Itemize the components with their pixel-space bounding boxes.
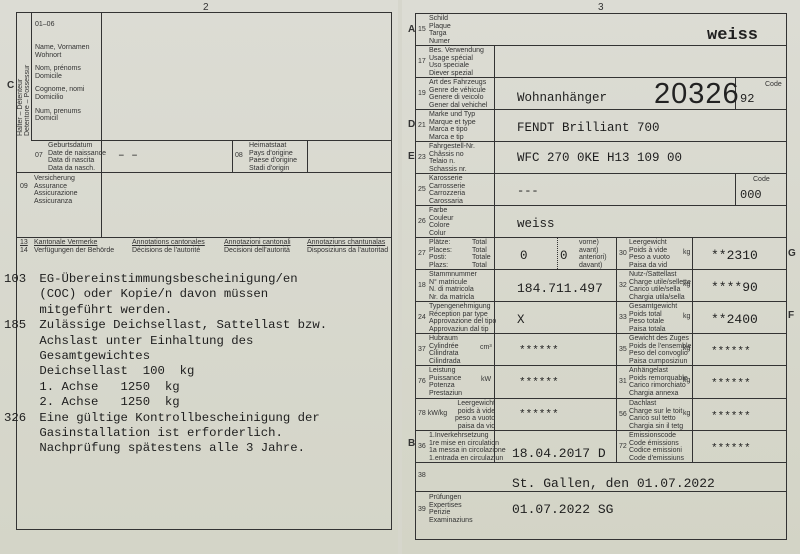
plate-number: 15 (418, 26, 426, 33)
side-mark-e: E (408, 151, 415, 162)
chassis-value: WFC 270 0KE H13 109 00 (517, 151, 682, 165)
registry-value: 184.711.497 (517, 281, 603, 296)
note-code: 103 (4, 272, 32, 287)
plate-value: weiss (707, 26, 758, 45)
power-labels: LeistungPuissance PotenzaPrestaziun (429, 367, 462, 397)
left-page: 2 C Halter – Détenteur Detentore – Posse… (0, 0, 398, 554)
page-number: 3 (598, 2, 604, 13)
weight-field-number: 35 (619, 346, 627, 353)
weight-field-labels: GesamtgewichtPoids totalPeso totalePaisa… (629, 303, 677, 333)
side-mark-g: G (788, 248, 796, 259)
seats-number: 27 (418, 250, 426, 257)
color-labels: FarbeCouleur ColoreColur (429, 207, 454, 237)
weight-value: ****90 (711, 280, 758, 295)
note-text: EG-Übereinstimmungsbescheinigung/en (32, 272, 298, 286)
vehicle-type-labels: Art des FahrzeugsGenre de véhicule Gener… (429, 79, 487, 109)
weight-field-number: 56 (619, 411, 627, 418)
weight-unit: kg (683, 410, 690, 417)
displacement-value: ****** (519, 345, 559, 357)
chassis-number: 23 (418, 154, 426, 161)
type-approval-labels: TypengenehmigungRéception par type Appro… (429, 303, 496, 333)
body-code-label: Code (753, 176, 770, 184)
note-line: 326 Eine gültige Kontrollbescheinigung d… (4, 411, 327, 426)
weight-field-number: 30 (619, 250, 627, 257)
note-text: Achslast unter Einhaltung des (32, 334, 253, 348)
weight-field-labels: DachlastCharge sur le toitCarico sul tet… (629, 400, 683, 430)
make-model-labels: Marke und TypMarque et type Marca e tipo… (429, 111, 476, 141)
displacement-unit: cm³ (480, 344, 492, 351)
type-approval-number: 24 (418, 314, 426, 321)
weight-unit: kg (683, 377, 690, 384)
vehicle-type-value: Wohnanhänger (517, 91, 607, 105)
weight-value: ****** (711, 378, 751, 390)
note-text: 1. Achse 1250 kg (32, 380, 180, 394)
seats-labels: Plätze:Places: Posti:Plazs: (429, 239, 452, 269)
issue-place-number: 38 (418, 472, 426, 479)
weight-field-labels: Nutz-/SattellastCharge utile/selletteCar… (629, 271, 691, 301)
displacement-number: 37 (418, 346, 426, 353)
note-line: mitgeführt werden. (4, 303, 327, 318)
annotations-rm: Annotaziuns chantunalas Disposiziuns da … (307, 239, 388, 254)
weight-unit: kg (683, 281, 690, 288)
right-page: 3 A D E B G F 15 SchildPlaque TargaNumer… (402, 0, 800, 554)
note-code: 326 (4, 411, 32, 426)
note-text: mitgeführt werden. (32, 303, 172, 317)
annotations-it: Annotazioni cantonali Decisioni dell'aut… (224, 239, 291, 254)
note-text: 2. Achse 1250 kg (32, 395, 180, 409)
section-mark-c: C (7, 80, 14, 91)
power-unit: kW (481, 376, 491, 383)
vehicle-type-number: 19 (418, 90, 426, 97)
annotations-numbers: 13 14 (20, 239, 28, 254)
note-line: Gasinstallation ist erforderlich. (4, 426, 327, 441)
power-weight-value: ****** (519, 409, 559, 421)
weight-value: ****** (711, 411, 751, 423)
make-model-number: 21 (418, 122, 426, 129)
body-value: --- (517, 184, 539, 198)
note-text: Zulässige Deichsellast, Sattellast bzw. (32, 318, 327, 332)
weight-field-number: 33 (619, 314, 627, 321)
weight-value: ****** (711, 443, 751, 455)
weight-unit: kg (683, 313, 690, 320)
note-line: 1. Achse 1250 kg (4, 380, 327, 395)
first-registration-value: 18.04.2017 D (512, 446, 606, 461)
note-line: Achslast unter Einhaltung des (4, 334, 327, 349)
note-line: 103 EG-Übereinstimmungsbescheinigung/en (4, 272, 327, 287)
weight-field-number: 72 (619, 443, 627, 450)
plate-labels: SchildPlaque TargaNumer (429, 15, 451, 45)
note-line: Deichsellast 100 kg (4, 364, 327, 379)
insurance-number: 09 (20, 183, 28, 190)
vehicle-type-code: 92 (740, 92, 754, 106)
seats-total-labels: TotalTotal TotaleTotal (472, 239, 491, 269)
power-weight-number: 78 kW/kg (418, 410, 447, 417)
weight-value: **2310 (711, 248, 758, 263)
holder-labels: Name, Vornamen Wohnort Nom, prénoms Domi… (35, 44, 89, 123)
note-code: 185 (4, 318, 32, 333)
birthdate-number: 07 (35, 152, 43, 159)
make-model-value: FENDT Brilliant 700 (517, 121, 660, 135)
authority-notes: 103 EG-Übereinstimmungsbescheinigung/en … (4, 272, 327, 457)
note-line: Nachprüfung spätestens alle 3 Jahre. (4, 441, 327, 456)
body-code: 000 (740, 188, 762, 202)
chassis-labels: Fahrgestell-Nr.Châssis no Telaio n.Schas… (429, 143, 475, 173)
type-approval-value: X (517, 313, 525, 327)
displacement-labels: HubraumCylindrée CilindrataCilindrada (429, 335, 461, 365)
color-number: 26 (418, 218, 426, 225)
vehicle-type-big-code: 20326 (654, 78, 740, 111)
weight-unit: kg (683, 345, 690, 352)
note-text: Nachprüfung spätestens alle 3 Jahre. (32, 441, 305, 455)
inspections-labels: PrüfungenExpertises PerizieExaminaziuns (429, 494, 473, 524)
registry-number: 18 (418, 282, 426, 289)
weight-field-number: 32 (619, 282, 627, 289)
note-text: Deichsellast 100 kg (32, 364, 194, 378)
holder-rotated-label: Halter – Détenteur Detentore – Possessur (17, 65, 31, 136)
weight-unit: kg (683, 249, 690, 256)
origin-labels: Heimatstaat Pays d'origine Paese d'origi… (249, 142, 297, 172)
annotations-fr: Annotations cantonales Décisions de l'au… (132, 239, 205, 254)
note-line: 185 Zulässige Deichsellast, Sattellast b… (4, 318, 327, 333)
note-text: Gesamtgewichtes (32, 349, 150, 363)
power-number: 76 (418, 378, 426, 385)
weight-field-labels: LeergewichtPoids à videPeso a vuotoPaisa… (629, 239, 670, 269)
power-value: ****** (519, 377, 559, 389)
weight-value: ****** (711, 346, 751, 358)
inspections-number: 39 (418, 506, 426, 513)
seats-total-value: 0 (520, 249, 528, 263)
body-labels: KarosserieCarrosserie CarrozzeriaCarossa… (429, 175, 465, 205)
first-registration-labels: 1.Inverkehrsetzung1re mise en circulatio… (429, 432, 506, 462)
holder-field-number: 01–06 (35, 21, 54, 29)
weight-field-labels: AnhängelastPoids remorquableCarico rimor… (629, 367, 688, 397)
power-weight-labels: Leergewichtpoids à vide peso a vuotopais… (455, 400, 495, 430)
note-text: (COC) oder Kopie/n davon müssen (32, 287, 268, 301)
first-registration-number: 36 (418, 443, 426, 450)
registry-labels: StammnummerN° matricule N. di matricolaN… (429, 271, 477, 301)
issue-place-value: St. Gallen, den 01.07.2022 (512, 476, 715, 491)
note-line: (COC) oder Kopie/n davon müssen (4, 287, 327, 302)
side-mark-f: F (788, 310, 794, 321)
insurance-labels: Versicherung Assurance Assicurazione Ass… (34, 175, 78, 205)
seats-front-value: 0 (560, 249, 568, 263)
origin-number: 08 (235, 152, 243, 159)
special-use-number: 17 (418, 58, 426, 65)
color-value: weiss (517, 217, 555, 231)
special-use-labels: Bes. VerwendungUsage spécial Uso special… (429, 47, 484, 77)
body-number: 25 (418, 186, 426, 193)
annotations-de: Kantonale Vermerke Verfügungen der Behör… (34, 239, 114, 254)
birthdate-value: – – (118, 150, 138, 162)
weight-value: **2400 (711, 312, 758, 327)
note-text: Gasinstallation ist erforderlich. (32, 426, 283, 440)
note-text: Eine gültige Kontrollbescheinigung der (32, 411, 320, 425)
seats-front-labels: vorne)avant) anteriori)davant) (579, 239, 607, 269)
inspections-value: 01.07.2022 SG (512, 502, 613, 517)
note-line: 2. Achse 1250 kg (4, 395, 327, 410)
code-label: Code (765, 81, 782, 89)
birthdate-labels: Geburtsdatum Date de naissance Data di n… (48, 142, 106, 172)
weight-field-number: 31 (619, 378, 627, 385)
weight-field-labels: EmissionscodeCode émissionsCodice emissi… (629, 432, 684, 462)
holder-value-field (102, 13, 391, 139)
note-line: Gesamtgewichtes (4, 349, 327, 364)
